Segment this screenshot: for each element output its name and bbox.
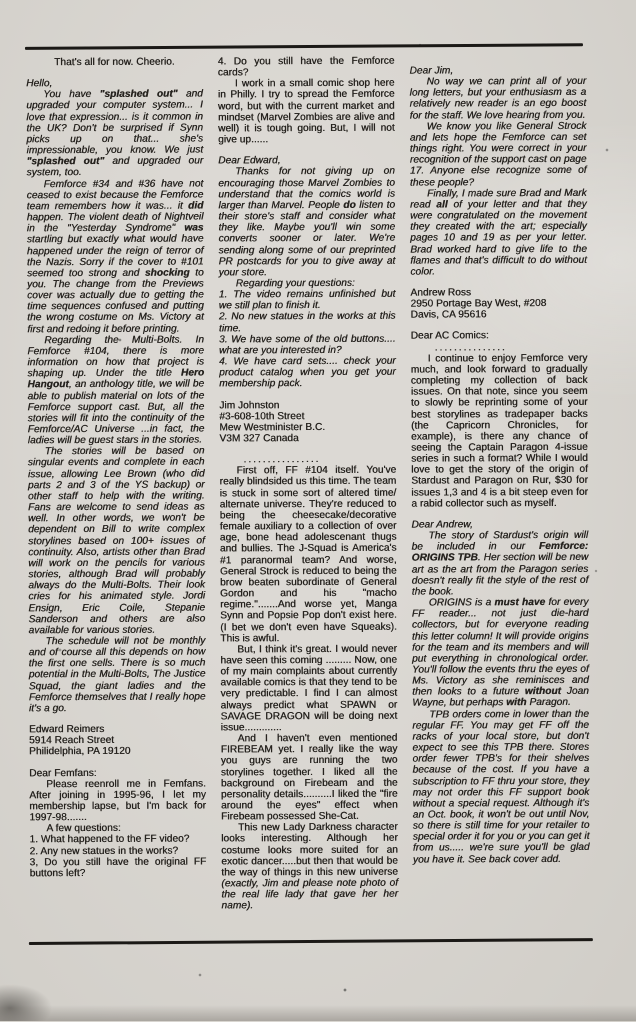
- paragraph: Femforce #34 and #36 have not ceased to …: [27, 178, 204, 335]
- address-line: Edward Reimers: [29, 724, 206, 736]
- bold-emphasis: did: [188, 200, 203, 211]
- paragraph: But, I think it's great. I would never h…: [220, 643, 397, 733]
- paragraph: Regarding your questions:: [219, 278, 396, 290]
- paragraph: I work in a small comic shop here in Phi…: [218, 78, 395, 146]
- paragraph: This new Lady Darkness character looks i…: [221, 822, 398, 912]
- address-block: Jim Johnston#3-608-10th StreetMew Westmi…: [219, 399, 396, 444]
- address-line: #3-608-10th Street: [219, 410, 396, 422]
- paragraph: The schedule will not be monthly and of …: [29, 635, 206, 714]
- address-line: Philidelphia, PA 19120: [29, 746, 206, 758]
- address-block: Edward Reimers5914 Reach StreetPhilidelp…: [29, 724, 206, 758]
- italic-aside: (exactly, Jim and please note photo of t…: [221, 878, 398, 912]
- paragraph: A few questions:: [29, 823, 206, 835]
- paragraph: 2. Any new statues in the works?: [29, 845, 206, 857]
- dots-separator: ...............: [411, 341, 588, 353]
- bottom-divider-rule: [29, 938, 593, 945]
- dots-separator: ................: [219, 454, 396, 466]
- paragraph: 1. What happened to the FF video?: [29, 834, 206, 846]
- column-1: That's all for now. Cheerio.Hello,You ha…: [26, 56, 206, 912]
- paragraph: 3, Do you still have the original FF but…: [30, 856, 207, 879]
- address-line: V3M 327 Canada: [219, 433, 396, 445]
- paragraph: 3. We have some of the old buttons.... w…: [219, 333, 396, 356]
- salutation: Dear Andrew,: [411, 519, 588, 531]
- address-line: Andrew Ross: [410, 287, 587, 299]
- salutation: Dear Femfans:: [29, 767, 206, 779]
- bold-emphasis: with: [506, 698, 526, 709]
- letters-page: That's all for now. Cheerio.Hello,You ha…: [0, 0, 636, 1021]
- paragraph: Regarding the Multi-Bolts. In Femforce #…: [27, 334, 204, 446]
- top-divider-rule: [25, 43, 583, 50]
- paragraph: Thanks for not giving up on encouraging …: [218, 166, 395, 278]
- paragraph: No way we can print all of your long let…: [409, 76, 586, 121]
- paragraph: 2. No new statues in the works at this t…: [219, 311, 396, 334]
- paragraph: 4. We have card sets.... check your prod…: [219, 356, 396, 390]
- salutation: Dear AC Comics:: [411, 330, 588, 342]
- paragraph: 4. Do you still have the Femforce cards?: [218, 56, 395, 79]
- salutation: Dear Jim,: [409, 65, 586, 77]
- paragraph: The story of Stardust's origin will be i…: [411, 530, 588, 598]
- bold-emphasis: "splashed out": [26, 156, 104, 167]
- salutation: Dear Edward,: [218, 155, 395, 167]
- address-line: Davis, CA 95616: [410, 309, 587, 321]
- address-line: Jim Johnston: [219, 399, 396, 411]
- paragraph: You have "splashed out" and upgraded you…: [26, 89, 203, 179]
- letters-columns: That's all for now. Cheerio.Hello,You ha…: [26, 55, 590, 913]
- bold-emphasis: was: [184, 223, 203, 234]
- bold-emphasis: shocking: [145, 267, 190, 278]
- bold-emphasis: without: [525, 686, 561, 697]
- address-line: 5914 Reach Street: [29, 735, 206, 747]
- paragraph: And I haven't even mentioned FIREBEAM ye…: [221, 733, 398, 823]
- column-3: Dear Jim,No way we can print all of your…: [409, 55, 589, 911]
- bold-emphasis: must have: [494, 597, 545, 608]
- bold-emphasis: do: [343, 200, 355, 211]
- salutation: Hello,: [26, 78, 203, 90]
- paragraph: Please reenroll me in Femfans. After joi…: [29, 778, 206, 823]
- bold-emphasis: "splashed out": [99, 89, 177, 100]
- column-2: 4. Do you still have the Femforce cards?…: [218, 56, 398, 912]
- bold-emphasis: all: [436, 199, 447, 210]
- bold-emphasis: Hero Hangout: [27, 368, 204, 391]
- address-block: Andrew Ross2950 Portage Bay West, #208Da…: [410, 287, 587, 321]
- bold-emphasis: Femforce: ORIGINS TPB: [412, 541, 589, 564]
- address-line: 2950 Portage Bay West, #208: [410, 298, 587, 310]
- address-line: Mew Westminister B.C.: [219, 422, 396, 434]
- paragraph: We know you like General Strock and lets…: [410, 121, 587, 189]
- paragraph: First off, FF #104 itself. You've really…: [219, 465, 396, 644]
- paragraph: Finally, I made sure Brad and Mark read …: [410, 188, 587, 278]
- paragraph: ORIGINS is a must have for every FF read…: [412, 597, 589, 709]
- paragraph: I continue to enjoy Femforce very much, …: [411, 353, 588, 510]
- paragraph: That's all for now. Cheerio.: [26, 56, 203, 68]
- paragraph: The stories will be based on singular ev…: [28, 446, 205, 636]
- paragraph: 1. The video remains unfinished but we s…: [219, 289, 396, 312]
- paragraph: TPB orders come in lower than the regula…: [412, 708, 589, 865]
